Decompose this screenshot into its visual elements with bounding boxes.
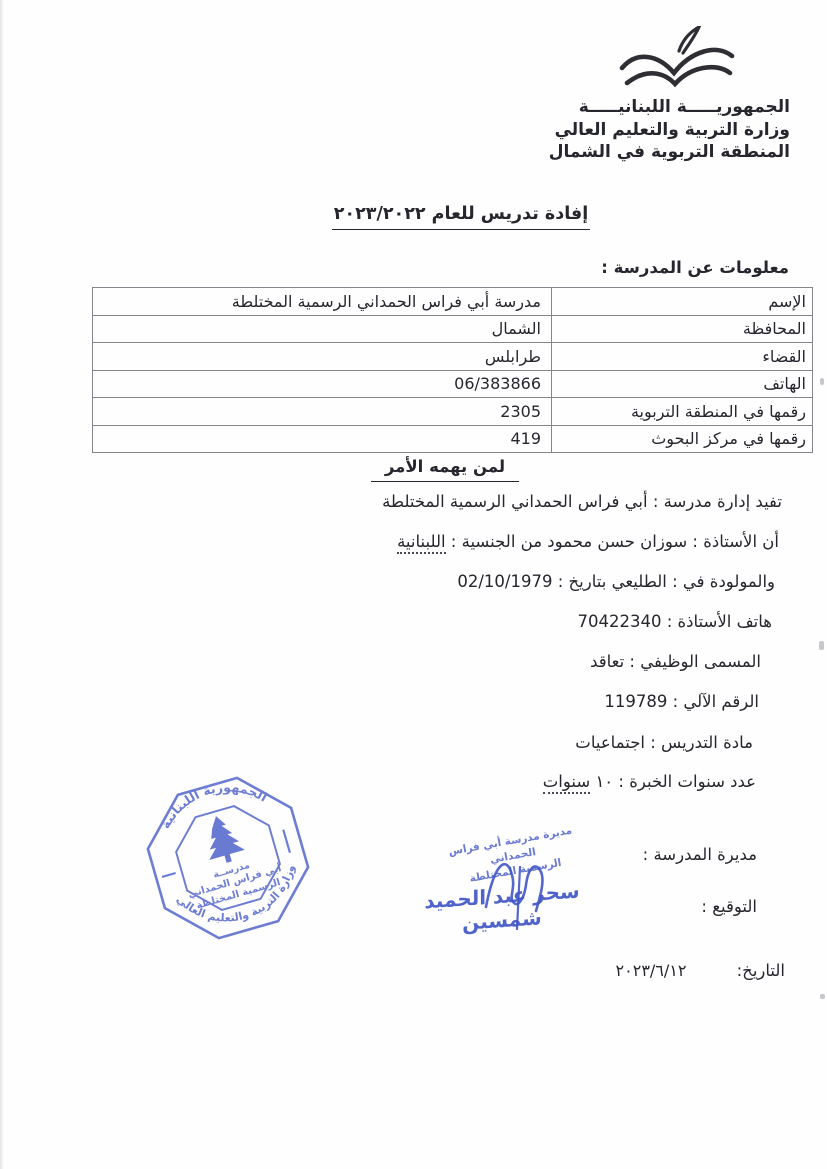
letterhead-ministry: وزارة التربية والتعليم العالي xyxy=(549,119,790,142)
letter-line-experience: عدد سنوات الخبرة : ١٠ سنوات xyxy=(543,772,756,791)
info-value-cell: 2305 xyxy=(93,398,552,426)
info-label-cell: القضاء xyxy=(552,343,813,371)
table-row: مدرسة أبي فراس الحمداني الرسمية المختلطة… xyxy=(93,288,813,316)
certificate-title-text: إفادة تدريس للعام ٢٠٢٣/٢٠٢٢ xyxy=(332,204,591,230)
years-underlined: سنوات xyxy=(543,772,590,794)
letter-line-job-title: المسمى الوظيفي : تعاقد xyxy=(590,652,761,671)
info-label-cell: رقمها في مركز البحوث xyxy=(552,425,813,453)
school-info-table: مدرسة أبي فراس الحمداني الرسمية المختلطة… xyxy=(92,287,813,453)
nationality-underlined: اللبنانية xyxy=(397,532,445,554)
date-value: ٢٠٢٣/٦/١٢ xyxy=(598,961,704,980)
to-whom-heading-text: لمن يهمه الأمر xyxy=(371,457,519,482)
letterhead: الجمهوريـــــة اللبنانيـــــة وزارة التر… xyxy=(549,96,790,164)
letter-line-phone: هاتف الأستاذة : 70422340 xyxy=(578,612,773,631)
letter-line-subject: مادة التدريس : اجتماعيات xyxy=(575,733,753,752)
info-value-cell: 419 xyxy=(93,425,552,453)
stamp-right-dash xyxy=(283,830,290,853)
official-octagon-stamp: الجمهورية اللبنانية وزارة التربية والتعل… xyxy=(107,737,349,979)
letter-line-teacher-text: أن الأستاذة : سوزان حسن محمود من الجنسية… xyxy=(446,532,779,551)
table-row: 2305 رقمها في المنطقة التربوية xyxy=(93,398,813,426)
info-label-cell: المحافظة xyxy=(552,315,813,343)
info-label-cell: الإسم xyxy=(552,288,813,316)
date-label: التاريخ: xyxy=(737,961,785,980)
school-info-heading: معلومات عن المدرسة : xyxy=(601,258,789,277)
letterhead-region: المنطقة التربوية في الشمال xyxy=(549,141,790,164)
letter-line-experience-text: عدد سنوات الخبرة : ١٠ xyxy=(590,772,756,791)
info-label-cell: رقمها في المنطقة التربوية xyxy=(552,398,813,426)
letter-line-birth: والمولودة في : الطليعي بتاريخ : 02/10/19… xyxy=(457,572,775,591)
cedar-tree-icon xyxy=(198,811,247,867)
ministry-open-book-logo-icon xyxy=(616,26,738,98)
table-row: 419 رقمها في مركز البحوث xyxy=(93,425,813,453)
info-value-cell: الشمال xyxy=(93,315,552,343)
stamp-left-dash xyxy=(162,873,176,877)
scan-speck xyxy=(819,641,824,650)
info-label-cell: الهاتف xyxy=(552,370,813,398)
principal-label: مديرة المدرسة : xyxy=(643,845,757,864)
signature-name: سحر عبد الحميد شمسين xyxy=(382,876,621,941)
stamp-ring-text-top: الجمهورية اللبنانية xyxy=(150,766,273,834)
letterhead-republic: الجمهوريـــــة اللبنانيـــــة xyxy=(549,96,790,119)
to-whom-heading: لمن يهمه الأمر xyxy=(355,457,535,482)
scan-speck xyxy=(820,378,824,385)
scan-speck xyxy=(820,994,825,999)
info-value-cell: مدرسة أبي فراس الحمداني الرسمية المختلطة xyxy=(93,288,552,316)
signature-label: التوقيع : xyxy=(701,897,757,916)
svg-text:الجمهورية اللبنانية: الجمهورية اللبنانية xyxy=(150,766,273,834)
certificate-title: إفادة تدريس للعام ٢٠٢٣/٢٠٢٢ xyxy=(300,204,622,230)
table-row: الشمال المحافظة xyxy=(93,315,813,343)
table-row: 06/383866 الهاتف xyxy=(93,370,813,398)
scanned-certificate-page: الجمهوريـــــة اللبنانيـــــة وزارة التر… xyxy=(0,0,827,1169)
table-row: طرابلس القضاء xyxy=(93,343,813,371)
letter-line-teacher: أن الأستاذة : سوزان حسن محمود من الجنسية… xyxy=(397,532,779,551)
info-value-cell: 06/383866 xyxy=(93,370,552,398)
letter-line-school: تفيد إدارة مدرسة : أبي فراس الحمداني الر… xyxy=(382,492,782,511)
letter-line-auto-number: الرقم الآلي : 119789 xyxy=(604,692,759,711)
info-value-cell: طرابلس xyxy=(93,343,552,371)
